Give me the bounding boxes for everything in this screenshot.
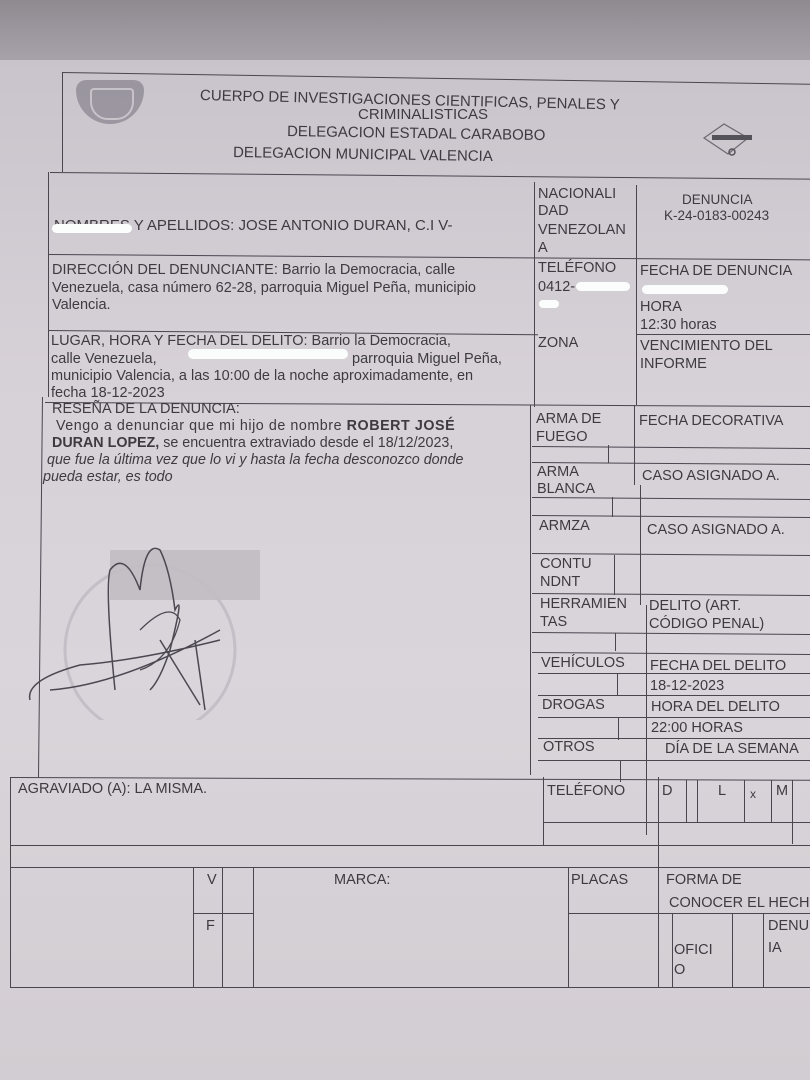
delito-articulo-label-1: DELITO (ART. [649,598,741,615]
direccion-line-1: DIRECCIÓN DEL DENUNCIANTE: Barrio la Dem… [52,262,455,279]
fecha-delito-label: FECHA DEL DELITO [650,658,786,675]
lugar-line-2b: parroquia Miguel Peña, [352,351,502,368]
lugar-line-2a: calle Venezuela, [51,351,157,368]
telefono-label: TELÉFONO [538,260,616,277]
arma-blanca-label-1: ARMA [537,464,579,481]
oficio-label-2: O [674,962,685,979]
vehiculos-label: VEHÍCULOS [541,655,625,672]
marca-label: MARCA: [334,872,390,889]
herramientas-label-1: HERRAMIEN [540,596,627,613]
nacionalidad-label-1: NACIONALI [538,186,616,203]
org-line-2: CRIMINALISTICAS [358,107,488,124]
resena-line-3: que fue la última vez que lo vi y hasta … [47,452,463,469]
armza-label: ARMZA [539,518,590,535]
placas-label: PLACAS [571,872,628,889]
contundente-label-1: CONTU [540,556,592,573]
redacted-cedula [52,224,132,233]
denuncia-option-2: IA [768,940,782,957]
delito-articulo-label-2: CÓDIGO PENAL) [649,616,764,633]
direccion-line-2: Venezuela, casa número 62-28, parroquia … [52,280,476,297]
day-m: M [776,783,788,800]
agraviado-label: AGRAVIADO (A): LA MISMA. [18,781,207,798]
fecha-denuncia-label: FECHA DE DENUNCIA [640,263,792,280]
fecha-decorativa-label: FECHA DECORATIVA [639,413,783,430]
herramientas-label-2: TAS [540,614,567,631]
arma-blanca-label-2: BLANCA [537,481,595,498]
resena-line-4: pueda estar, es todo [43,469,173,486]
day-x: x [750,786,756,803]
agraviado-telefono-label: TELÉFONO [547,783,625,800]
oficio-label-1: OFICI [674,942,713,959]
informe-recibido-label: CASO ASIGNADO A. [642,468,780,485]
zona-label: ZONA [538,335,578,352]
hora-label: HORA [640,299,682,316]
hora-delito-label: HORA DEL DELITO [651,699,780,716]
day-d: D [662,783,672,800]
nacionalidad-value-2: A [538,240,548,257]
redacted-lugar [188,349,348,359]
resena-line-1: Vengo a denunciar que mi hijo de nombre … [56,418,455,435]
v-label: V [207,872,217,889]
nacionalidad-label-2: DAD [538,203,569,220]
drogas-label: DROGAS [542,697,605,714]
arma-fuego-label-2: FUEGO [536,429,588,446]
hora-delito-value: 22:00 HORAS [651,720,743,737]
day-l: L [718,783,726,800]
redacted-fecha-denuncia [642,285,728,294]
f-label: F [206,918,215,935]
forma-conocer-label-2: CONOCER EL HECHO [669,895,810,912]
lugar-line-3: municipio Valencia, a las 10:00 de la no… [51,368,473,385]
denuncia-option-1: DENU [768,918,809,935]
direccion-line-3: Valencia. [52,297,111,314]
stamp-logo [700,120,760,160]
contundente-label-2: NDNT [540,574,580,591]
vencimiento-label-1: VENCIMIENTO DEL [640,338,773,355]
fecha-delito-value: 18-12-2023 [650,678,724,695]
telefono-value: 0412- [538,279,575,296]
dia-semana-label: DÍA DE LA SEMANA [665,741,799,758]
lugar-line-4: fecha 18-12-2023 [51,385,165,402]
denuncia-number: K-24-0183-00243 [664,208,769,225]
redacted-telefono [576,282,630,291]
arma-fuego-label-1: ARMA DE [536,411,601,428]
caso-asignado-label: CASO ASIGNADO A. [647,522,785,539]
nacionalidad-value-1: VENEZOLAN [538,222,626,239]
denuncia-label: DENUNCIA [682,192,753,209]
otros-label: OTROS [543,739,595,756]
hora-value: 12:30 horas [640,317,717,334]
vencimiento-label-2: INFORME [640,356,707,373]
signature-with-stamp [20,510,270,720]
resena-title: RESEÑA DE LA DENUNCIA: [52,401,240,418]
lugar-line-1: LUGAR, HORA Y FECHA DEL DELITO: Barrio l… [51,333,451,350]
forma-conocer-label-1: FORMA DE [666,872,742,889]
resena-line-2: DURAN LOPEZ, se encuentra extraviado des… [52,435,453,452]
redacted-telefono-2 [539,300,559,308]
